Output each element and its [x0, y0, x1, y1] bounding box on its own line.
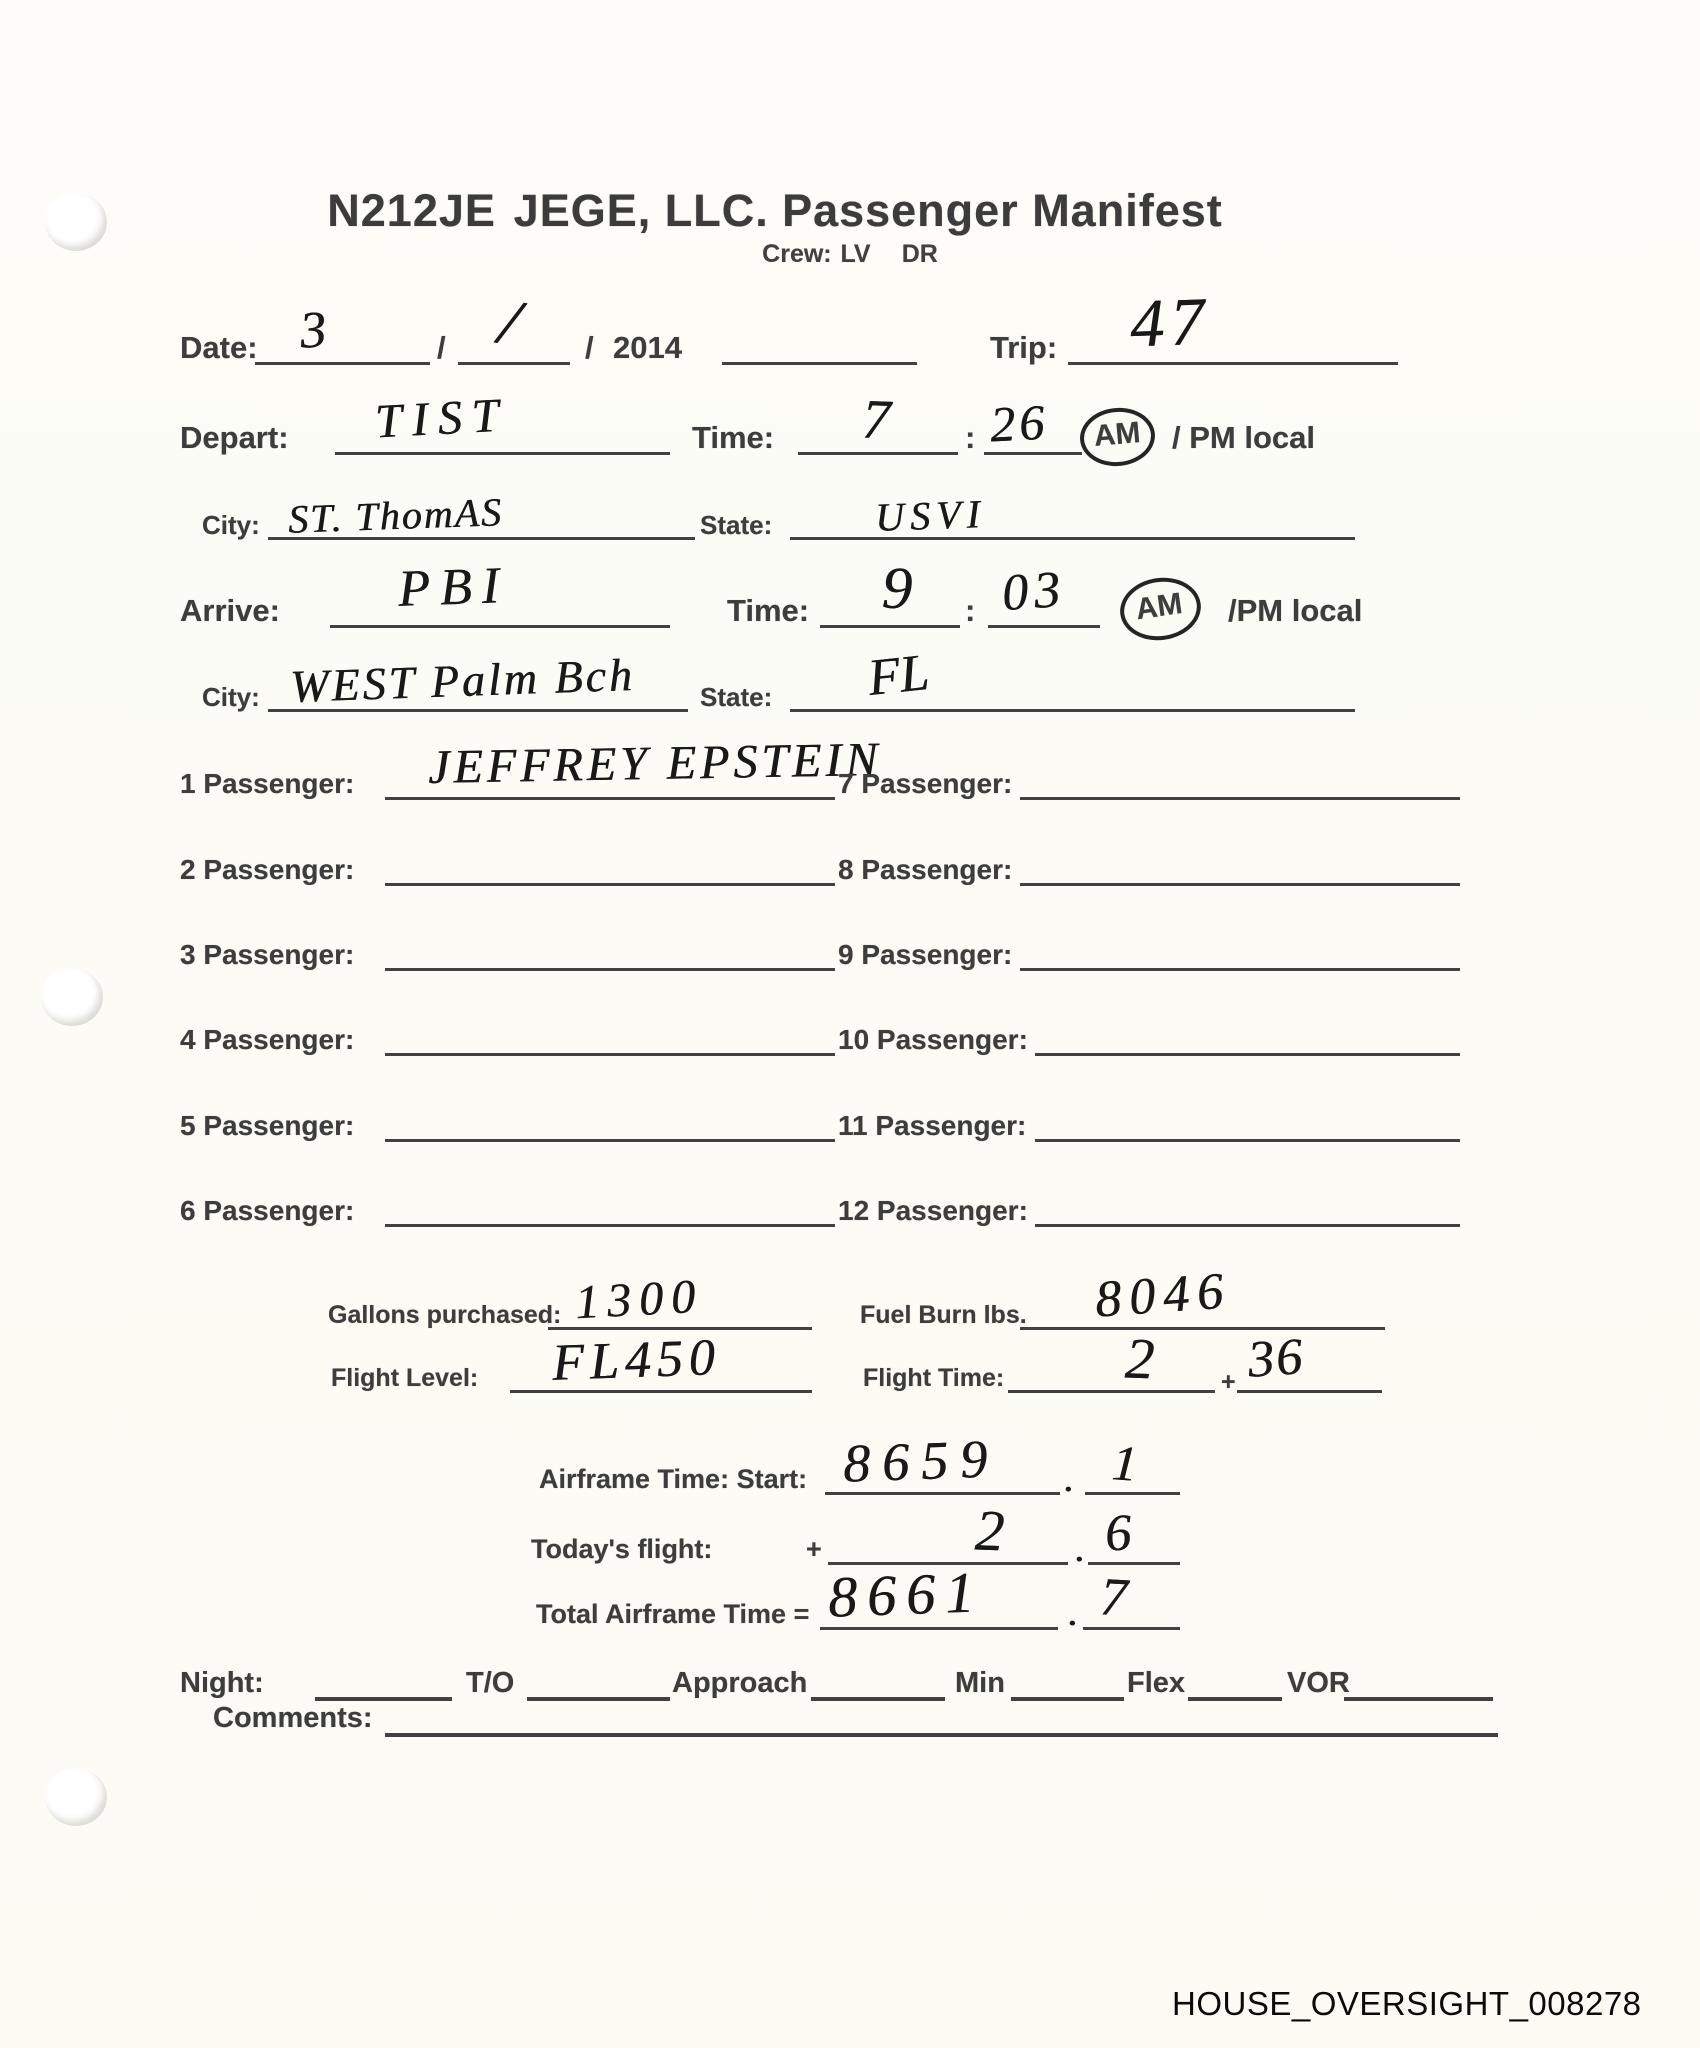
passenger-8-line	[1020, 883, 1460, 886]
depart-state-label: State:	[700, 512, 772, 538]
arrive-city-label: City:	[202, 684, 260, 710]
todays-flight-label: Today's flight:	[531, 1536, 712, 1563]
date-day-line	[458, 362, 570, 365]
airframe-start-whole-value: 8659	[842, 1431, 1000, 1490]
passenger-2-line	[385, 883, 835, 886]
arrive-hour-line	[820, 625, 960, 628]
total-airframe-dec-value: 7	[1099, 1569, 1129, 1624]
arrive-time-colon: :	[965, 595, 975, 626]
depart-airport-line	[335, 452, 670, 455]
passenger-3-line	[385, 968, 835, 971]
depart-hour-value: 7	[861, 392, 891, 449]
airframe-start-label: Airframe Time: Start:	[539, 1466, 807, 1493]
night-label: Night:	[180, 1669, 264, 1698]
date-separator-1: /	[437, 332, 446, 363]
depart-minute-line	[984, 452, 1082, 455]
gallons-purchased-value: 1300	[574, 1273, 704, 1328]
arrive-minute-value: 03	[1000, 564, 1067, 620]
passenger-5-label: 5 Passenger:	[180, 1112, 354, 1140]
flight-time-plus: +	[1221, 1370, 1236, 1395]
passenger-10-label: 10 Passenger:	[838, 1026, 1028, 1054]
flight-time-minutes-line	[1237, 1390, 1382, 1393]
passenger-7-label: 7 Passenger:	[838, 770, 1012, 798]
flight-level-value: FL450	[551, 1332, 721, 1390]
todays-flight-plus: +	[806, 1536, 822, 1563]
arrive-hour-value: 9	[881, 557, 913, 618]
to-line	[527, 1697, 670, 1701]
fuel-burn-label: Fuel Burn lbs.	[860, 1303, 1027, 1328]
passenger-11-line	[1035, 1139, 1460, 1142]
trip-value: 47	[1129, 287, 1211, 358]
airframe-start-dot: .	[1064, 1458, 1074, 1498]
arrive-state-value: FL	[865, 647, 931, 705]
page-title: Passenger Manifest	[782, 185, 1223, 236]
arrive-airport-value: PBI	[397, 560, 510, 616]
approach-label: Approach	[672, 1669, 807, 1698]
total-airframe-whole-value: 8661	[827, 1563, 985, 1626]
depart-airport-value: TIST	[374, 392, 510, 447]
arrive-minute-line	[988, 625, 1100, 628]
crew-label: Crew:	[762, 240, 831, 268]
to-label: T/O	[466, 1669, 514, 1698]
passenger-1-line	[385, 797, 835, 800]
depart-label: Depart:	[180, 422, 289, 453]
flight-level-label: Flight Level:	[331, 1366, 478, 1391]
passenger-12-label: 12 Passenger:	[838, 1197, 1028, 1225]
depart-time-label: Time:	[692, 422, 774, 453]
depart-am-circle: AM	[1078, 405, 1157, 469]
min-line	[1011, 1697, 1124, 1701]
crew-initials-1: LV	[841, 240, 871, 268]
airframe-start-dec-line	[1085, 1492, 1180, 1495]
approach-line	[811, 1697, 945, 1701]
date-separator-2: /	[585, 332, 594, 363]
hole-punch-bottom	[45, 1768, 107, 1826]
fuel-burn-line	[1020, 1327, 1385, 1330]
trip-label: Trip:	[990, 332, 1057, 363]
passenger-2-label: 2 Passenger:	[180, 856, 354, 884]
passenger-7-line	[1020, 797, 1460, 800]
depart-hour-line	[798, 452, 958, 455]
tail-number: N212JE	[327, 185, 496, 236]
arrive-label: Arrive:	[180, 595, 280, 626]
depart-minute-value: 26	[989, 397, 1050, 450]
passenger-8-label: 8 Passenger:	[838, 856, 1012, 884]
depart-city-value: ST. ThomAS	[287, 492, 503, 539]
depart-pm-local-label: / PM local	[1172, 422, 1315, 453]
arrive-state-label: State:	[700, 684, 772, 710]
arrive-state-line	[790, 709, 1355, 712]
arrive-city-value: WEST Palm Bch	[289, 652, 635, 710]
passenger-1-label: 1 Passenger:	[180, 770, 354, 798]
todays-flight-dec-value: 6	[1104, 1507, 1133, 1560]
flex-label: Flex	[1127, 1669, 1185, 1698]
flight-time-minutes-value: 36	[1246, 1331, 1305, 1387]
arrive-am-circle: AM	[1116, 573, 1205, 646]
trip-line	[1068, 362, 1398, 365]
passenger-4-line	[385, 1053, 835, 1056]
comments-line	[385, 1733, 1498, 1737]
flight-time-hours-value: 2	[1124, 1330, 1155, 1389]
passenger-6-line	[385, 1224, 835, 1227]
arrive-time-label: Time:	[727, 595, 809, 626]
passenger-3-label: 3 Passenger:	[180, 941, 354, 969]
date-month-line	[255, 362, 430, 365]
todays-flight-dot: .	[1075, 1528, 1085, 1568]
min-label: Min	[955, 1669, 1005, 1698]
crew-initials-2: DR	[902, 240, 938, 268]
passenger-5-line	[385, 1139, 835, 1142]
scanned-manifest-page: N212JE JEGE, LLC. Passenger Manifest Cre…	[0, 0, 1700, 2048]
arrive-pm-local-label: /PM local	[1228, 595, 1362, 626]
hole-punch-middle	[41, 968, 103, 1026]
passenger-12-line	[1035, 1224, 1460, 1227]
depart-city-label: City:	[202, 512, 260, 538]
total-airframe-dec-line	[1083, 1627, 1180, 1630]
todays-flight-dec-line	[1088, 1562, 1180, 1565]
arrive-airport-line	[330, 625, 670, 628]
total-airframe-label: Total Airframe Time =	[536, 1601, 809, 1628]
depart-am-label: AM	[1093, 418, 1142, 452]
gallons-purchased-label: Gallons purchased:	[328, 1303, 561, 1328]
passenger-4-label: 4 Passenger:	[180, 1026, 354, 1054]
flight-time-hours-line	[1008, 1390, 1215, 1393]
total-airframe-dot: .	[1068, 1592, 1078, 1632]
passenger-10-line	[1035, 1053, 1460, 1056]
passenger-6-label: 6 Passenger:	[180, 1197, 354, 1225]
date-label: Date:	[180, 332, 258, 363]
crew-line: Crew: LV DR	[170, 240, 1530, 269]
depart-time-colon: :	[965, 422, 975, 453]
comments-label: Comments:	[213, 1704, 373, 1733]
night-line	[315, 1697, 452, 1701]
document-id: HOUSE_OVERSIGHT_008278	[1172, 1985, 1642, 2023]
company-name: JEGE, LLC.	[514, 185, 769, 236]
vor-line	[1344, 1697, 1493, 1701]
arrive-am-label: AM	[1134, 589, 1184, 625]
fuel-burn-value: 8046	[1093, 1265, 1232, 1326]
airframe-start-dec-value: 1	[1110, 1437, 1138, 1489]
year-line	[722, 362, 917, 365]
date-day-mark: /	[494, 289, 524, 357]
passenger-1-name: JEFFREY EPSTEIN	[428, 736, 882, 792]
passenger-9-label: 9 Passenger:	[838, 941, 1012, 969]
flight-time-label: Flight Time:	[863, 1366, 1004, 1391]
passenger-11-label: 11 Passenger:	[838, 1112, 1026, 1140]
vor-label: VOR	[1287, 1669, 1350, 1698]
document-header: N212JE JEGE, LLC. Passenger Manifest	[0, 185, 1550, 237]
todays-flight-whole-value: 2	[974, 1502, 1005, 1561]
year-label: 2014	[613, 332, 682, 363]
date-month-value: 3	[298, 304, 328, 358]
depart-state-value: USVI	[874, 494, 986, 538]
passenger-9-line	[1020, 968, 1460, 971]
flex-line	[1188, 1697, 1282, 1701]
